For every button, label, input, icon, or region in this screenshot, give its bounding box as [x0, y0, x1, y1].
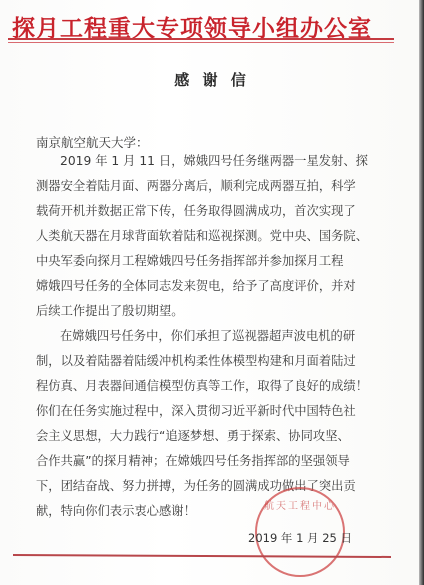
- letter-date: 2019 年 1 月 25 日: [248, 530, 352, 546]
- body-line: 嫦娥四号任务的全体同志发来贺电，给予了高度评价，并对: [36, 274, 370, 299]
- paragraph-1: 2019 年 1 月 11 日，嫦娥四号任务继两器一星发射、探 测器安全着陆月面…: [36, 149, 370, 324]
- letter-page: 探月工程重大专项领导小组办公室 感 谢 信 南京航空航天大学： 2019 年 1…: [0, 0, 419, 585]
- letterhead-rule-thin: [8, 42, 394, 43]
- letter-body: 2019 年 1 月 11 日，嫦娥四号任务继两器一星发射、探 测器安全着陆月面…: [36, 149, 370, 524]
- page-edge-shadow: [419, 0, 424, 585]
- letterhead-rule: [8, 38, 394, 40]
- body-line: 合作共赢”的探月精神；在嫦娥四号任务指挥部的坚强领导: [36, 449, 370, 474]
- body-line: 人类航天器在月球背面软着陆和巡视探测。党中央、国务院、: [36, 224, 370, 249]
- body-line: 后续工作提出了殷切期望。: [36, 299, 370, 324]
- body-line: 中央军委向探月工程嫦娥四号任务指挥部并参加探月工程: [36, 249, 370, 274]
- body-line: 2019 年 1 月 11 日，嫦娥四号任务继两器一星发射、探: [36, 149, 370, 174]
- body-line: 在嫦娥四号任务中，你们承担了巡视器超声波电机的研: [36, 324, 370, 349]
- body-line: 测器安全着陆月面、两器分离后，顺利完成两器互拍，科学: [36, 174, 370, 199]
- body-line: 程仿真、月表器间通信模型仿真等工作，取得了良好的成绩！: [36, 374, 370, 399]
- body-line: 你们在任务实施过程中，深入贯彻习近平新时代中国特色社: [36, 399, 370, 424]
- body-line: 载荷开机并数据正常下传，任务取得圆满成功，首次实现了: [36, 199, 370, 224]
- body-line: 制，以及着陆器着陆缓冲机构柔性体模型构建和月面着陆过: [36, 349, 370, 374]
- seal-text: 航天工程中心: [257, 497, 343, 512]
- letter-title: 感 谢 信: [0, 69, 424, 90]
- body-line: 会主义思想，大力践行“追逐梦想、勇于探索、协同攻坚、: [36, 424, 370, 449]
